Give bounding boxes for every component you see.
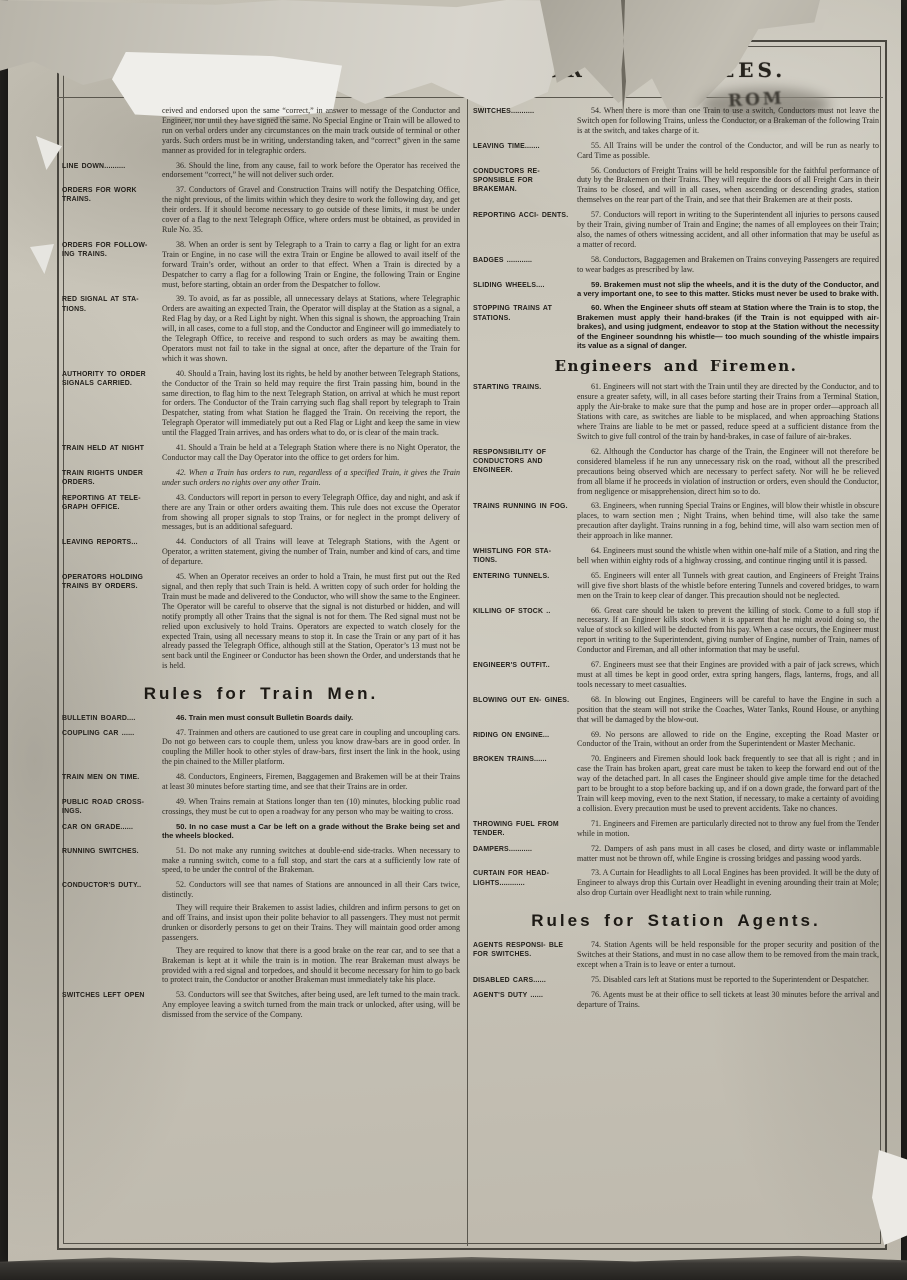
rule-text: 38. When an order is sent by Telegraph t… (162, 240, 460, 291)
rule-text: 72. Dampers of ash pans must in all case… (577, 844, 879, 865)
rule-text: 50. In no case must a Car be left on a g… (162, 822, 460, 842)
rule-paragraph: 37. Conductors of Gravel and Constructio… (162, 185, 460, 235)
rule-paragraph: 49. When Trains remain at Stations longe… (162, 797, 460, 817)
rule-row: BADGES ............58. Conductors, Bagga… (473, 255, 879, 276)
section-heading: Rules for Train Men. (62, 684, 460, 704)
rule-row: TRAIN HELD AT NIGHT41. Should a Train be… (62, 443, 460, 464)
rule-row: RESPONSIBILITY OF CONDUCTORS AND ENGINEE… (473, 447, 879, 498)
rule-paragraph: 68. In blowing out Engines, Engineers wi… (577, 695, 879, 725)
rule-margin-label: KILLING OF STOCK .. (473, 606, 577, 657)
rule-margin-label (62, 106, 162, 157)
rule-margin-label: BROKEN TRAINS...... (473, 754, 577, 814)
rule-margin-label: AUTHORITY TO ORDER SIGNALS CARRIED. (62, 369, 162, 439)
rule-text: 76. Agents must be at their office to se… (577, 990, 879, 1011)
rule-row: ORDERS FOR WORK TRAINS.37. Conductors of… (62, 185, 460, 236)
rule-margin-label: RESPONSIBILITY OF CONDUCTORS AND ENGINEE… (473, 447, 577, 498)
rule-row: TRAINS RUNNING IN FOG.63. Engineers, whe… (473, 501, 879, 542)
rule-paragraph: 75. Disabled cars left at Stations must … (577, 975, 879, 985)
rule-row: CURTAIN FOR HEAD- LIGHTS............73. … (473, 868, 879, 899)
rule-row: RED SIGNAL AT STA- TIONS.39. To avoid, a… (62, 294, 460, 364)
rule-row: AGENTS RESPONSI- BLE FOR SWITCHES.74. St… (473, 940, 879, 971)
rule-text: 36. Should the line, from any cause, fai… (162, 161, 460, 182)
rule-row: CONDUCTOR'S DUTY..52. Conductors will se… (62, 880, 460, 986)
rule-text: 60. When the Engineer shuts off steam at… (577, 303, 879, 351)
rule-margin-label: SWITCHES LEFT OPEN (62, 990, 162, 1021)
rule-text: 75. Disabled cars left at Stations must … (577, 975, 879, 986)
rule-row: LEAVING REPORTS...44. Conductors of all … (62, 537, 460, 568)
rule-text: 58. Conductors, Baggagemen and Brakemen … (577, 255, 879, 276)
rule-row: SLIDING WHEELS....59. Brakemen must not … (473, 280, 879, 300)
rule-text: 71. Engineers and Firemen are particular… (577, 819, 879, 840)
rule-row: STOPPING TRAINS AT STATIONS.60. When the… (473, 303, 879, 351)
rule-row: ceived and endorsed upon the same “corre… (62, 106, 460, 157)
rule-row: OPERATORS HOLDING TRAINS BY ORDERS.45. W… (62, 572, 460, 672)
rule-text: 62. Although the Conductor has charge of… (577, 447, 879, 498)
rule-margin-label: BULLETIN BOARD.... (62, 713, 162, 723)
rule-paragraph: 53. Conductors will see that Switches, a… (162, 990, 460, 1020)
rule-row: ENGINEER'S OUTFIT..67. Engineers must se… (473, 660, 879, 691)
rule-text: 68. In blowing out Engines, Engineers wi… (577, 695, 879, 726)
rule-row: COUPLING CAR ......47. Trainmen and othe… (62, 728, 460, 769)
rule-text: 59. Brakemen must not slip the wheels, a… (577, 280, 879, 300)
rule-margin-label: CURTAIN FOR HEAD- LIGHTS............ (473, 868, 577, 899)
rule-text: 52. Conductors will see that names of St… (162, 880, 460, 986)
column-divider-rule (467, 97, 468, 1246)
rule-margin-label: PUBLIC ROAD CROSS- INGS. (62, 797, 162, 818)
rule-text: 64. Engineers must sound the whistle whe… (577, 546, 879, 567)
rule-row: ENTERING TUNNELS.65. Engineers will ente… (473, 571, 879, 602)
rule-paragraph: 46. Train men must consult Bulletin Boar… (162, 713, 460, 722)
rule-margin-label: DISABLED CARS...... (473, 975, 577, 986)
rule-margin-label: STOPPING TRAINS AT STATIONS. (473, 303, 577, 351)
rule-paragraph: 47. Trainmen and others are cautioned to… (162, 728, 460, 768)
rule-text: 69. No persons are allowed to ride on th… (577, 730, 879, 751)
rule-margin-label: SLIDING WHEELS.... (473, 280, 577, 300)
rule-text: 73. A Curtain for Headlights to all Loca… (577, 868, 879, 899)
rule-text: 54. When there is more than one Train to… (577, 106, 879, 137)
rule-row: CAR ON GRADE......50. In no case must a … (62, 822, 460, 842)
rule-paragraph: 48. Conductors, Engineers, Firemen, Bagg… (162, 772, 460, 792)
rule-paragraph: They are required to know that there is … (162, 946, 460, 986)
rule-text: 41. Should a Train be held at a Telegrap… (162, 443, 460, 464)
rule-margin-label: RED SIGNAL AT STA- TIONS. (62, 294, 162, 364)
rule-margin-label: REPORTING AT TELE- GRAPH OFFICE. (62, 493, 162, 534)
rule-margin-label: BLOWING OUT EN- GINES. (473, 695, 577, 726)
rule-paragraph: 73. A Curtain for Headlights to all Loca… (577, 868, 879, 898)
rule-margin-label: AGENTS RESPONSI- BLE FOR SWITCHES. (473, 940, 577, 971)
rule-margin-label: TRAIN MEN ON TIME. (62, 772, 162, 793)
rule-row: CONDUCTORS RE- SPONSIBLE FOR BRAKEMAN.56… (473, 166, 879, 207)
rule-margin-label: ORDERS FOR FOLLOW- ING TRAINS. (62, 240, 162, 291)
rule-paragraph: 64. Engineers must sound the whistle whe… (577, 546, 879, 566)
rule-paragraph: ceived and endorsed upon the same “corre… (162, 106, 460, 156)
rule-row: DISABLED CARS......75. Disabled cars lef… (473, 975, 879, 986)
rule-text: 70. Engineers and Firemen should look ba… (577, 754, 879, 814)
rule-paragraph: 52. Conductors will see that names of St… (162, 880, 460, 900)
rule-paragraph: 57. Conductors will report in writing to… (577, 210, 879, 250)
left-column: ceived and endorsed upon the same “corre… (62, 106, 460, 1242)
rule-text: 65. Engineers will enter all Tunnels wit… (577, 571, 879, 602)
rule-margin-label: SWITCHES........... (473, 106, 577, 137)
rule-margin-label: REPORTING ACCI- DENTS. (473, 210, 577, 251)
rule-margin-label: TRAINS RUNNING IN FOG. (473, 501, 577, 542)
rule-margin-label: OPERATORS HOLDING TRAINS BY ORDERS. (62, 572, 162, 672)
rule-paragraph: 45. When an Operator receives an order t… (162, 572, 460, 671)
rule-paragraph: They will require their Brakemen to assi… (162, 903, 460, 943)
rule-margin-label: LINE DOWN.......... (62, 161, 162, 182)
rule-paragraph: 41. Should a Train be held at a Telegrap… (162, 443, 460, 463)
rule-paragraph: 39. To avoid, as far as possible, all un… (162, 294, 460, 363)
rule-margin-label: RIDING ON ENGINE... (473, 730, 577, 751)
rule-text: 39. To avoid, as far as possible, all un… (162, 294, 460, 364)
rule-text: 47. Trainmen and others are cautioned to… (162, 728, 460, 769)
rule-row: BLOWING OUT EN- GINES.68. In blowing out… (473, 695, 879, 726)
rule-row: SWITCHES...........54. When there is mor… (473, 106, 879, 137)
rule-text: 57. Conductors will report in writing to… (577, 210, 879, 251)
rule-paragraph: 44. Conductors of all Trains will leave … (162, 537, 460, 567)
rule-paragraph: 59. Brakemen must not slip the wheels, a… (577, 280, 879, 299)
rule-text: 56. Conductors of Freight Trains will be… (577, 166, 879, 207)
rule-paragraph: 74. Station Agents will be held responsi… (577, 940, 879, 970)
rule-margin-label: ENTERING TUNNELS. (473, 571, 577, 602)
rule-paragraph: 72. Dampers of ash pans must in all case… (577, 844, 879, 864)
rule-row: RUNNING SWITCHES.51. Do not make any run… (62, 846, 460, 877)
rule-text: 66. Great care should be taken to preven… (577, 606, 879, 657)
rule-paragraph: 76. Agents must be at their office to se… (577, 990, 879, 1010)
rule-text: 45. When an Operator receives an order t… (162, 572, 460, 672)
rule-row: AGENT'S DUTY ......76. Agents must be at… (473, 990, 879, 1011)
rule-margin-label: DAMPERS........... (473, 844, 577, 865)
rule-margin-label: AGENT'S DUTY ...... (473, 990, 577, 1011)
rule-paragraph: 58. Conductors, Baggagemen and Brakemen … (577, 255, 879, 275)
rule-row: THROWING FUEL FROM TENDER.71. Engineers … (473, 819, 879, 840)
rule-text: 55. All Trains will be under the control… (577, 141, 879, 162)
rule-row: RIDING ON ENGINE...69. No persons are al… (473, 730, 879, 751)
rule-row: DAMPERS...........72. Dampers of ash pan… (473, 844, 879, 865)
rule-paragraph: 70. Engineers and Firemen should look ba… (577, 754, 879, 813)
rule-text: 49. When Trains remain at Stations longe… (162, 797, 460, 818)
rule-margin-label: BADGES ............ (473, 255, 577, 276)
rule-paragraph: 38. When an order is sent by Telegraph t… (162, 240, 460, 290)
rule-paragraph: 56. Conductors of Freight Trains will be… (577, 166, 879, 206)
rule-margin-label: LEAVING REPORTS... (62, 537, 162, 568)
rule-margin-label: RUNNING SWITCHES. (62, 846, 162, 877)
rule-paragraph: 67. Engineers must see that their Engine… (577, 660, 879, 690)
rule-paragraph: 62. Although the Conductor has charge of… (577, 447, 879, 497)
rule-text: 74. Station Agents will be held responsi… (577, 940, 879, 971)
rule-text: 61. Engineers will not start with the Tr… (577, 382, 879, 442)
rule-row: TRAIN RIGHTS UNDER ORDERS.42. When a Tra… (62, 468, 460, 489)
rule-margin-label: COUPLING CAR ...... (62, 728, 162, 769)
rule-paragraph: 54. When there is more than one Train to… (577, 106, 879, 136)
rule-text: 63. Engineers, when running Special Trai… (577, 501, 879, 542)
rule-margin-label: LEAVING TIME....... (473, 141, 577, 162)
rule-row: LEAVING TIME.......55. All Trains will b… (473, 141, 879, 162)
rule-row: BROKEN TRAINS......70. Engineers and Fir… (473, 754, 879, 814)
rule-text: 46. Train men must consult Bulletin Boar… (162, 713, 460, 723)
rule-row: REPORTING AT TELE- GRAPH OFFICE.43. Cond… (62, 493, 460, 534)
rule-row: LINE DOWN..........36. Should the line, … (62, 161, 460, 182)
rule-row: AUTHORITY TO ORDER SIGNALS CARRIED.40. S… (62, 369, 460, 439)
rule-margin-label: CONDUCTORS RE- SPONSIBLE FOR BRAKEMAN. (473, 166, 577, 207)
rule-text: ceived and endorsed upon the same “corre… (162, 106, 460, 157)
section-heading: Engineers and Firemen. (473, 357, 879, 375)
rule-text: 43. Conductors will report in person to … (162, 493, 460, 534)
rule-margin-label: ORDERS FOR WORK TRAINS. (62, 185, 162, 236)
rule-margin-label: CONDUCTOR'S DUTY.. (62, 880, 162, 986)
rule-row: REPORTING ACCI- DENTS.57. Conductors wil… (473, 210, 879, 251)
rule-margin-label: THROWING FUEL FROM TENDER. (473, 819, 577, 840)
rule-row: ORDERS FOR FOLLOW- ING TRAINS.38. When a… (62, 240, 460, 291)
rule-paragraph: 63. Engineers, when running Special Trai… (577, 501, 879, 541)
rule-text: 40. Should a Train, having lost its righ… (162, 369, 460, 439)
rule-paragraph: 42. When a Train has orders to run, rega… (162, 468, 460, 488)
rule-paragraph: 60. When the Engineer shuts off steam at… (577, 303, 879, 350)
rule-text: 67. Engineers must see that their Engine… (577, 660, 879, 691)
rule-text: 51. Do not make any running switches at … (162, 846, 460, 877)
section-heading: Rules for Station Agents. (473, 911, 879, 931)
rule-row: TRAIN MEN ON TIME.48. Conductors, Engine… (62, 772, 460, 793)
rule-row: KILLING OF STOCK ..66. Great care should… (473, 606, 879, 657)
rule-row: STARTING TRAINS.61. Engineers will not s… (473, 382, 879, 442)
rule-paragraph: 43. Conductors will report in person to … (162, 493, 460, 533)
rule-paragraph: 40. Should a Train, having lost its righ… (162, 369, 460, 438)
rule-margin-label: STARTING TRAINS. (473, 382, 577, 442)
rule-paragraph: 55. All Trains will be under the control… (577, 141, 879, 161)
rule-text: 53. Conductors will see that Switches, a… (162, 990, 460, 1021)
rule-margin-label: WHISTLING FOR STA- TIONS. (473, 546, 577, 567)
rule-row: SWITCHES LEFT OPEN53. Conductors will se… (62, 990, 460, 1021)
rule-text: 48. Conductors, Engineers, Firemen, Bagg… (162, 772, 460, 793)
rule-paragraph: 51. Do not make any running switches at … (162, 846, 460, 876)
rule-paragraph: 71. Engineers and Firemen are particular… (577, 819, 879, 839)
rule-margin-label: TRAIN HELD AT NIGHT (62, 443, 162, 464)
rule-row: WHISTLING FOR STA- TIONS.64. Engineers m… (473, 546, 879, 567)
rule-row: PUBLIC ROAD CROSS- INGS.49. When Trains … (62, 797, 460, 818)
rule-margin-label: TRAIN RIGHTS UNDER ORDERS. (62, 468, 162, 489)
rule-paragraph: 50. In no case must a Car be left on a g… (162, 822, 460, 841)
rule-text: 42. When a Train has orders to run, rega… (162, 468, 460, 489)
rule-paragraph: 65. Engineers will enter all Tunnels wit… (577, 571, 879, 601)
rule-margin-label: ENGINEER'S OUTFIT.. (473, 660, 577, 691)
rule-text: 44. Conductors of all Trains will leave … (162, 537, 460, 568)
right-column: SWITCHES...........54. When there is mor… (473, 106, 879, 1242)
rule-text: 37. Conductors of Gravel and Constructio… (162, 185, 460, 236)
rule-paragraph: 61. Engineers will not start with the Tr… (577, 382, 879, 441)
rule-paragraph: 69. No persons are allowed to ride on th… (577, 730, 879, 750)
rule-margin-label: CAR ON GRADE...... (62, 822, 162, 842)
rule-paragraph: 66. Great care should be taken to preven… (577, 606, 879, 656)
rule-row: BULLETIN BOARD....46. Train men must con… (62, 713, 460, 723)
rule-paragraph: 36. Should the line, from any cause, fai… (162, 161, 460, 181)
